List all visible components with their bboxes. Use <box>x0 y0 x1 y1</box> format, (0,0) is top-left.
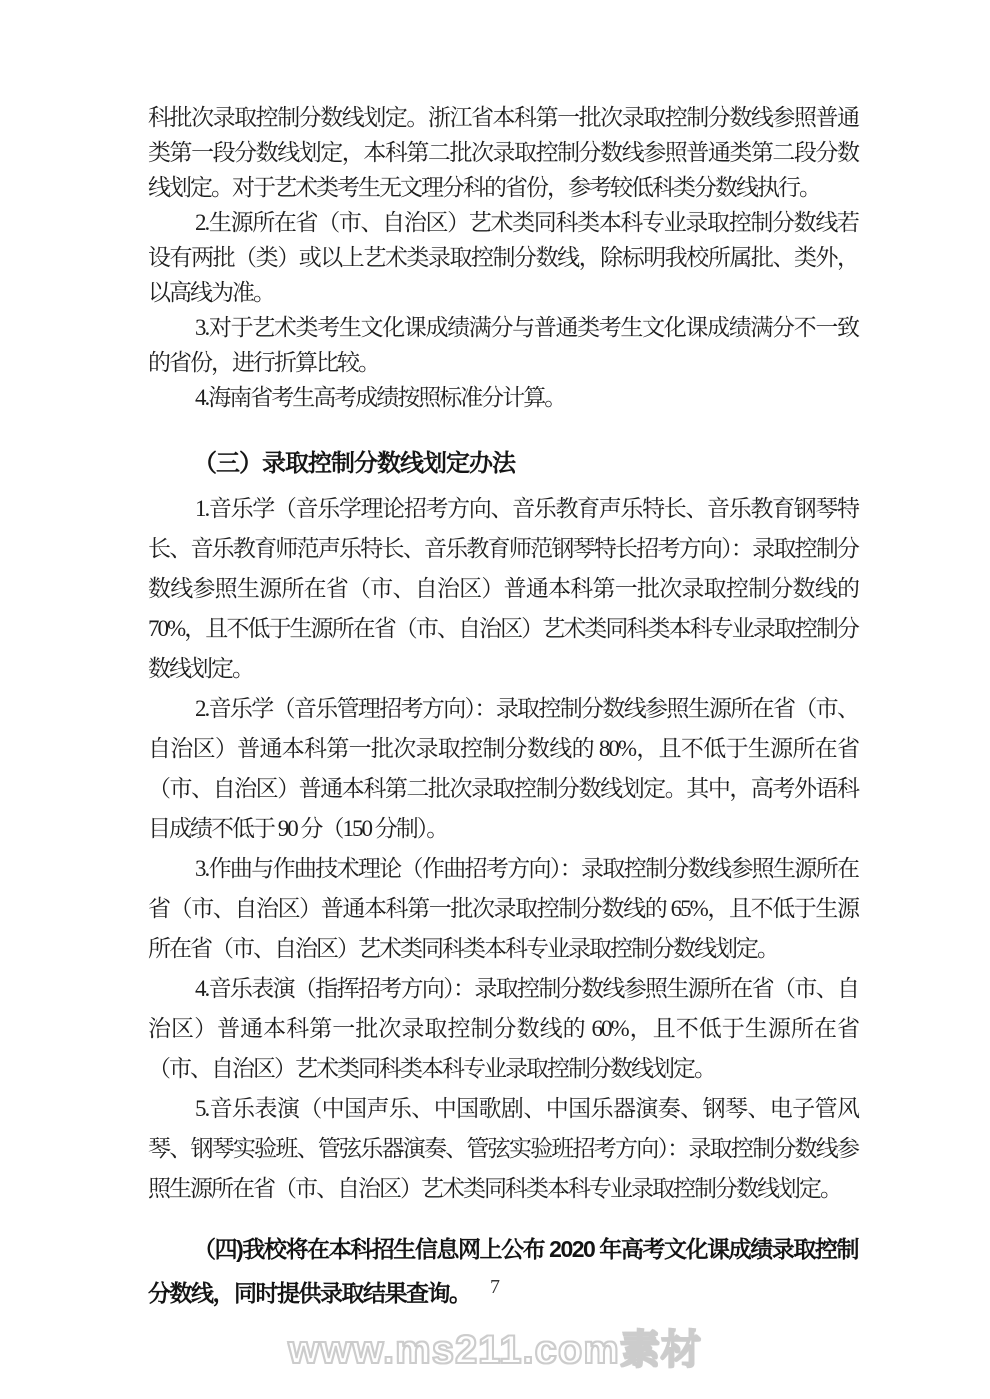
section-3-item-4: 4.音乐表演（指挥招考方向）：录取控制分数线参照生源所在省（市、自治区）普通本科… <box>148 969 858 1089</box>
section-3-heading: （三）录取控制分数线划定办法 <box>148 446 858 481</box>
section-3-item-1: 1.音乐学（音乐学理论招考方向、音乐教育声乐特长、音乐教育钢琴特长、音乐教育师范… <box>148 489 858 689</box>
document-page: 科批次录取控制分数线划定。浙江省本科第一批次录取控制分数线参照普通类第一段分数线… <box>0 0 990 1399</box>
section-3-item-5: 5.音乐表演（中国声乐、中国歌剧、中国乐器演奏、钢琴、电子管风琴、钢琴实验班、管… <box>148 1089 858 1209</box>
paragraph-item-4: 4.海南省考生高考成绩按照标准分计算。 <box>148 380 858 415</box>
paragraph-continued: 科批次录取控制分数线划定。浙江省本科第一批次录取控制分数线参照普通类第一段分数线… <box>148 100 858 205</box>
page-content: 科批次录取控制分数线划定。浙江省本科第一批次录取控制分数线参照普通类第一段分数线… <box>148 100 858 1315</box>
section-3-body: 1.音乐学（音乐学理论招考方向、音乐教育声乐特长、音乐教育钢琴特长、音乐教育师范… <box>148 489 858 1209</box>
paragraph-item-3: 3.对于艺术类考生文化课成绩满分与普通类考生文化课成绩满分不一致的省份，进行折算… <box>148 310 858 380</box>
section-3-item-3: 3.作曲与作曲技术理论（作曲招考方向）：录取控制分数线参照生源所在省（市、自治区… <box>148 849 858 969</box>
section-3-item-2: 2.音乐学（音乐管理招考方向）：录取控制分数线参照生源所在省（市、自治区）普通本… <box>148 689 858 849</box>
page-number: 7 <box>0 1276 990 1299</box>
watermark-text: www.ms211.com素材 <box>0 1318 990 1375</box>
paragraph-item-2: 2.生源所在省（市、自治区）艺术类同科类本科专业录取控制分数线若设有两批（类）或… <box>148 205 858 310</box>
section-4-paragraph: （四)我校将在本科招生信息网上公布 2020 年高考文化课成绩录取控制分数线，同… <box>148 1227 858 1315</box>
